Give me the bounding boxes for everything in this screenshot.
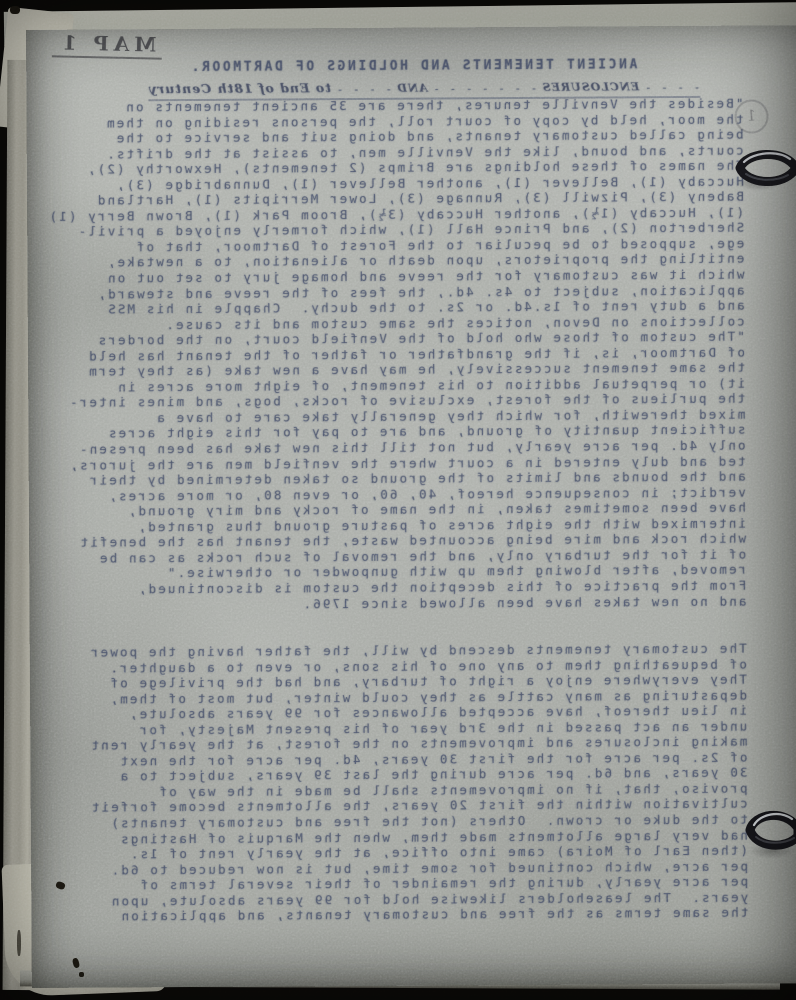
binder-ring-top: [730, 144, 796, 196]
subtitle-period-note: to End of 18th Century: [148, 80, 331, 96]
subtitle-dashes-1: - - - -: [643, 81, 700, 94]
mirrored-page-content: MAP 1 1 ANCIENT TENEMENTS AND HOLDINGS O…: [26, 25, 796, 988]
binder-ring-bottom: [744, 806, 796, 862]
document-page: MAP 1 1 ANCIENT TENEMENTS AND HOLDINGS O…: [26, 25, 796, 988]
document-photo: MAP 1 1 ANCIENT TENEMENTS AND HOLDINGS O…: [0, 0, 796, 1000]
paragraph-2: The customary tenements descend by will,…: [47, 641, 749, 925]
paragraph-1: "Besides the Venville tenures, there are…: [43, 96, 746, 613]
subtitle-dashes-3: - - - -: [335, 83, 392, 96]
stain-speck: [17, 930, 21, 956]
stain-speck: [10, 6, 20, 14]
map-annotation: MAP 1: [52, 30, 163, 59]
stain-speck: [79, 972, 84, 977]
subtitle-enclosures-note: ENCLOSURES: [542, 80, 640, 94]
subtitle-and-note: AND: [396, 82, 427, 95]
subtitle-dashes-2: - - - - - - -: [432, 82, 538, 96]
